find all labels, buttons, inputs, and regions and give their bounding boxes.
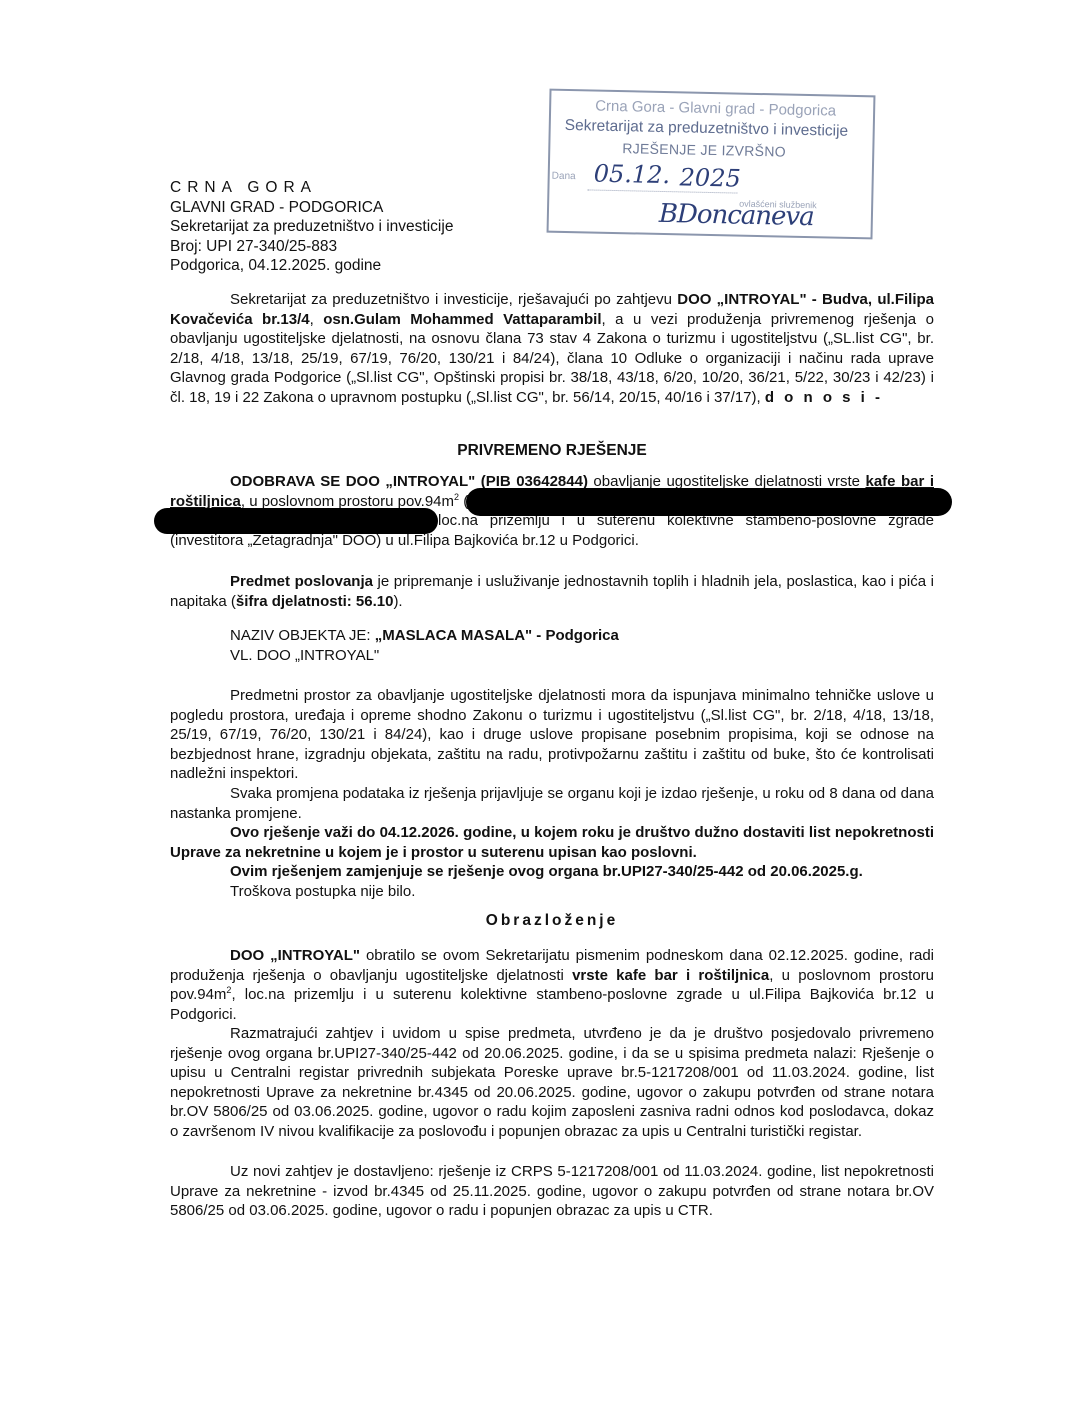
stamp-date-label: Dana [552, 171, 576, 182]
reasoning-applicant: DOO „INTROYAL" [230, 947, 360, 964]
intro-text: Sekretarijat za preduzetništvo i investi… [230, 291, 677, 308]
intro-paragraph: Sekretarijat za preduzetništvo i investi… [170, 290, 934, 408]
reasoning-activity-type: vrste kafe bar i roštiljnica [572, 967, 769, 984]
reasoning-title: Obrazloženje [170, 912, 934, 930]
costs-paragraph: Troškova postupka nije bilo. [170, 882, 934, 902]
stamp-year: 2025 [679, 163, 741, 192]
reasoning-paragraph-2: Razmatrajući zahtjev i uvidom u spise pr… [170, 1024, 934, 1142]
changes-paragraph: Svaka promjena podataka iz rješenja prij… [170, 784, 934, 823]
object-name-value: „MASLACA MASALA" - Podgorica [375, 627, 619, 644]
document-page: Crna Gora - Glavni grad - Podgorica Sekr… [0, 0, 1088, 1408]
enforcement-stamp: Crna Gora - Glavni grad - Podgorica Sekr… [547, 89, 876, 240]
decision-title: PRIVREMENO RJEŠENJE [170, 442, 934, 460]
object-owner: VL. DOO „INTROYAL" [230, 646, 934, 666]
stamp-signature: BDoncaneva [659, 199, 814, 232]
activity-code: šifra djelatnosti: 56.10 [236, 593, 394, 610]
header-office: Sekretarijat za preduzetništvo i investi… [170, 217, 453, 237]
document-header: CRNA GORA GLAVNI GRAD - PODGORICA Sekret… [170, 178, 453, 276]
stamp-line-2: Sekretarijat za preduzetništvo i investi… [565, 117, 849, 141]
reasoning-paragraph-3: Uz novi zahtjev je dostavljeno: rješenje… [170, 1162, 934, 1221]
subject-label: Predmet poslovanja [230, 573, 373, 590]
business-subject-paragraph: Predmet poslovanja je pripremanje i uslu… [170, 572, 934, 611]
stamp-date: 05.12. [593, 160, 670, 190]
object-name-block: NAZIV OBJEKTA JE: „MASLACA MASALA" - Pod… [170, 626, 934, 665]
validity-paragraph: Ovo rješenje važi do 04.12.2026. godine,… [170, 823, 934, 862]
stamp-line-1: Crna Gora - Glavni grad - Podgorica [595, 98, 836, 120]
header-country: CRNA GORA [170, 178, 453, 198]
header-city: GLAVNI GRAD - PODGORICA [170, 198, 453, 218]
subject-end: ). [393, 593, 402, 610]
intro-donosi: d o n o s i - [765, 389, 883, 406]
header-number: Broj: UPI 27-340/25-883 [170, 237, 453, 257]
redaction-block [466, 488, 952, 516]
header-place-date: Podgorica, 04.12.2025. godine [170, 256, 453, 276]
reasoning-location: , loc.na prizemlju i u suterenu kolektiv… [170, 986, 934, 1023]
redaction-block [154, 508, 438, 534]
applicant-founder: osn.Gulam Mohammed Vattaparambil [323, 311, 601, 328]
premises-paragraph: Predmetni prostor za obavljanje ugostite… [170, 686, 934, 784]
object-name-label: NAZIV OBJEKTA JE: [230, 627, 375, 644]
replaces-paragraph: Ovim rješenjem zamjenjuje se rješenje ov… [170, 862, 934, 882]
intro-sep: , [310, 311, 324, 328]
reasoning-paragraph-1: DOO „INTROYAL" obratilo se ovom Sekretar… [170, 946, 934, 1024]
stamp-line-3: RJEŠENJE JE IZVRŠNO [622, 140, 786, 159]
